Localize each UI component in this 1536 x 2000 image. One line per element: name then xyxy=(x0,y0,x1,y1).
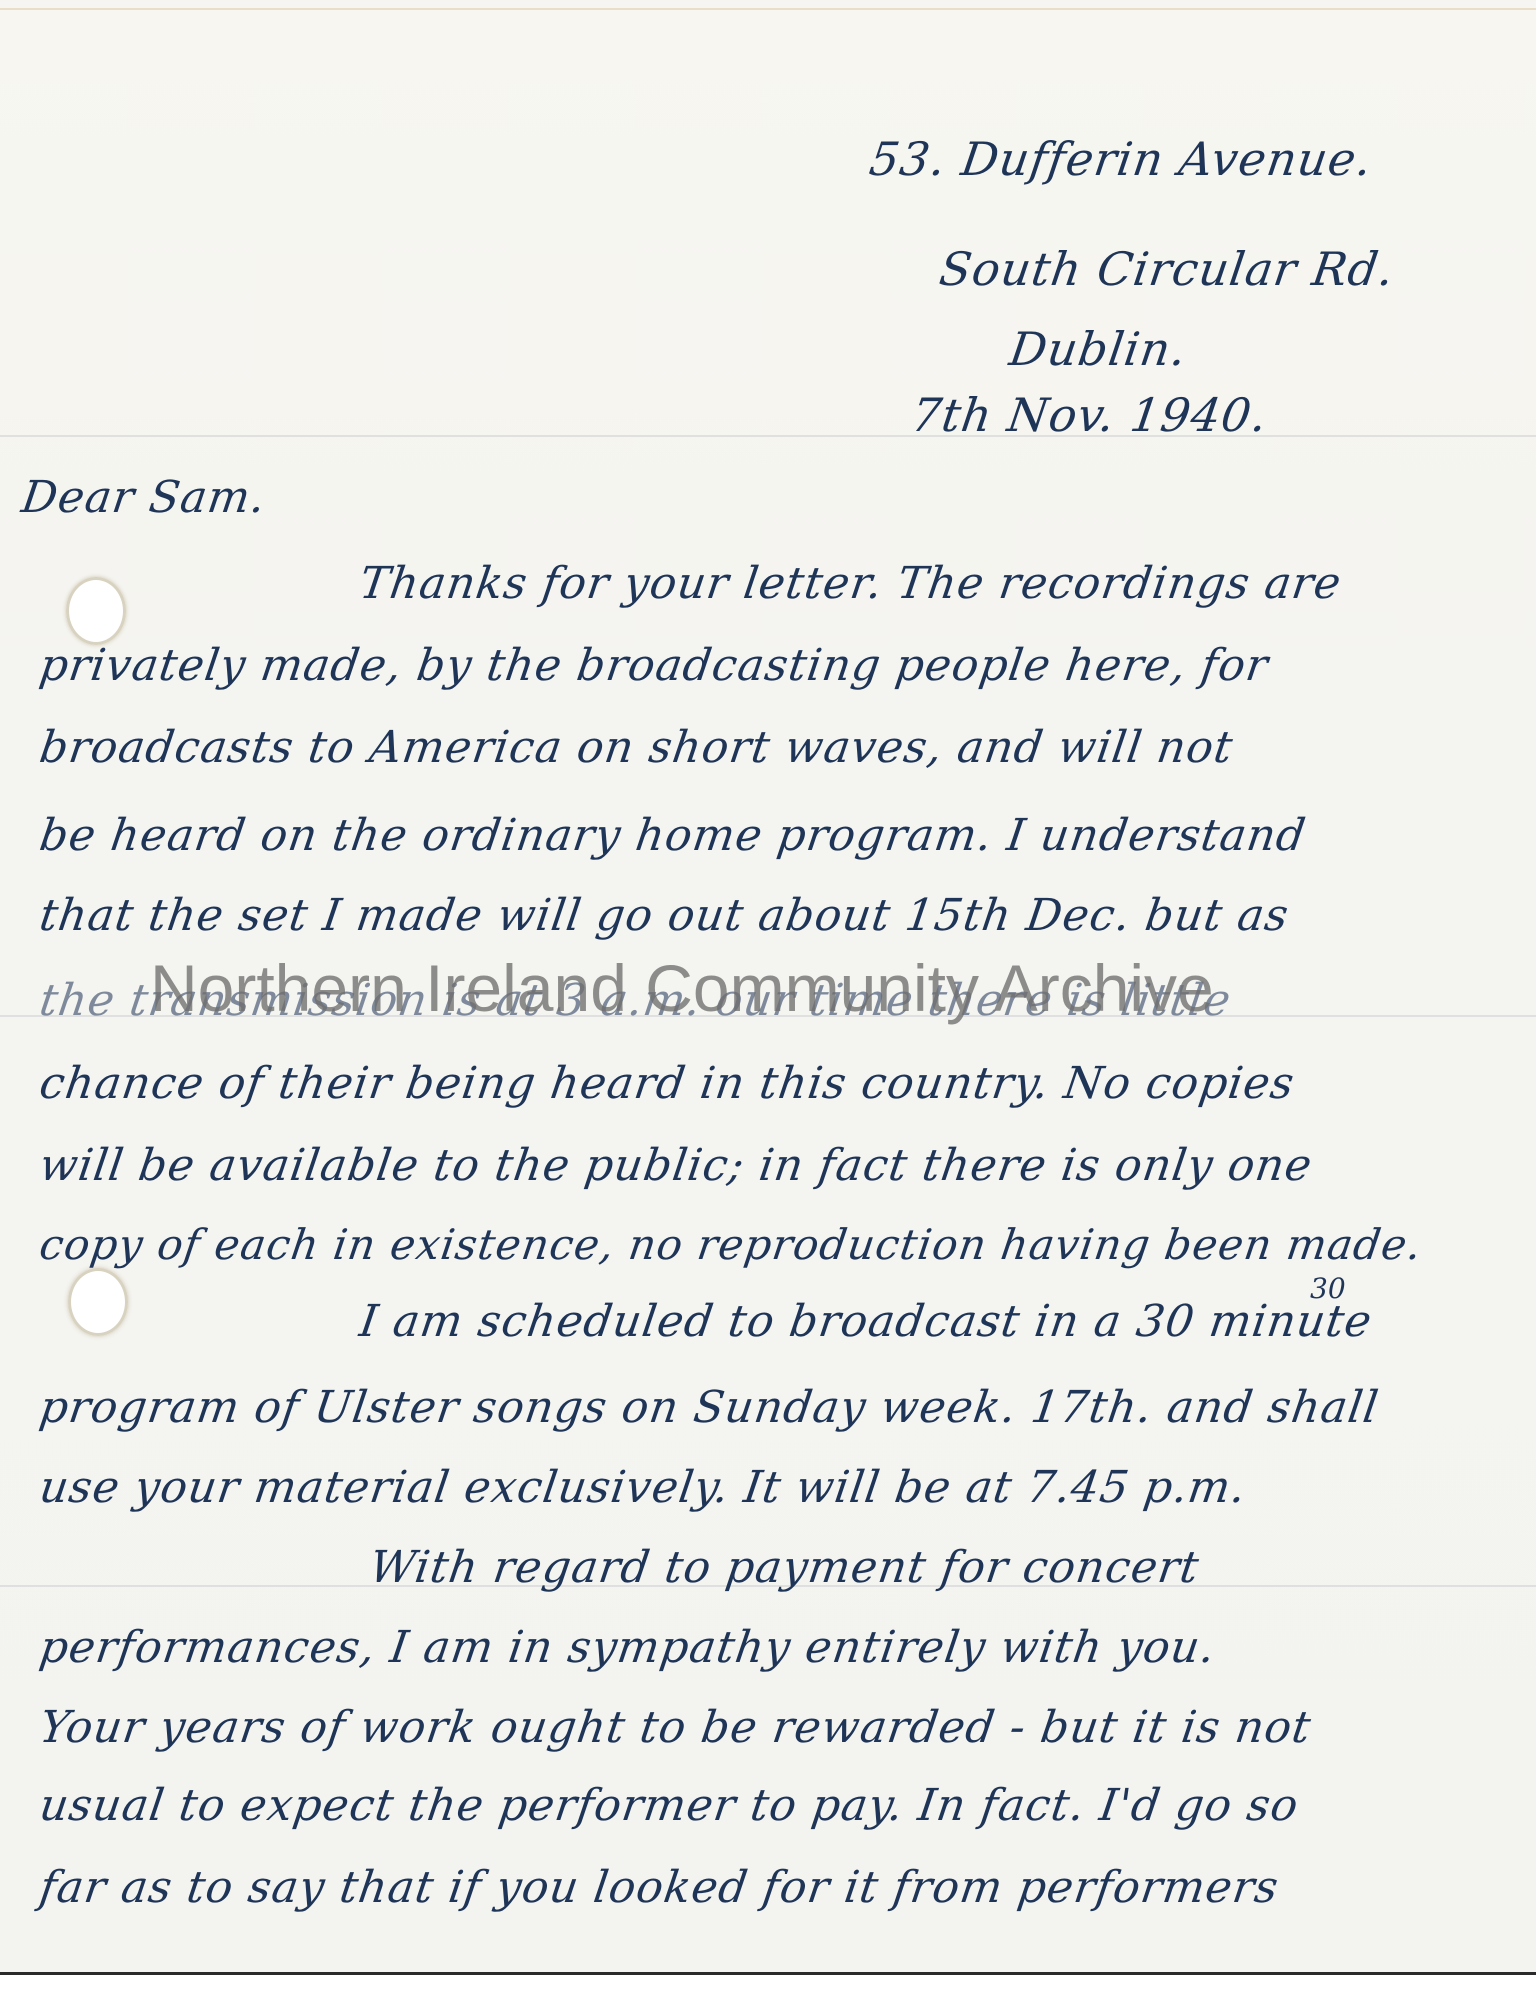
body-line: usual to expect the performer to pay. In… xyxy=(36,1780,1302,1831)
body-line: use your material exclusively. It will b… xyxy=(36,1462,1249,1513)
body-line: will be available to the public; in fact… xyxy=(36,1140,1315,1191)
body-line: copy of each in existence, no reproducti… xyxy=(37,1220,1426,1269)
body-line: program of Ulster songs on Sunday week. … xyxy=(36,1382,1382,1433)
body-line: far as to say that if you looked for it … xyxy=(36,1862,1282,1913)
body-line: I am scheduled to broadcast in a 30 minu… xyxy=(356,1296,1375,1347)
punch-hole xyxy=(68,1268,128,1336)
address-line-3: Dublin. xyxy=(1006,322,1190,376)
body-line: Thanks for your letter. The recordings a… xyxy=(356,558,1344,609)
address-line-1: 53. Dufferin Avenue. xyxy=(866,132,1376,186)
archive-watermark: Northern Ireland Community Archive xyxy=(150,950,1214,1026)
body-line: Your years of work ought to be rewarded … xyxy=(36,1702,1314,1753)
address-line-2: South Circular Rd. xyxy=(936,242,1398,296)
salutation: Dear Sam. xyxy=(18,472,269,523)
punch-hole xyxy=(66,577,126,645)
body-line: broadcasts to America on short waves, an… xyxy=(36,722,1236,773)
paper-fold xyxy=(0,435,1536,437)
body-line: chance of their being heard in this coun… xyxy=(36,1058,1297,1109)
body-line: be heard on the ordinary home program. I… xyxy=(36,810,1309,861)
body-line: privately made, by the broadcasting peop… xyxy=(36,640,1271,691)
scan-bottom-edge xyxy=(0,1972,1536,2000)
correction-superscript: 30 xyxy=(1310,1272,1346,1305)
letter-date: 7th Nov. 1940. xyxy=(908,388,1271,442)
body-line: performances, I am in sympathy entirely … xyxy=(36,1622,1218,1673)
body-line: With regard to payment for concert xyxy=(366,1542,1202,1593)
body-line: that the set I made will go out about 15… xyxy=(36,890,1292,941)
